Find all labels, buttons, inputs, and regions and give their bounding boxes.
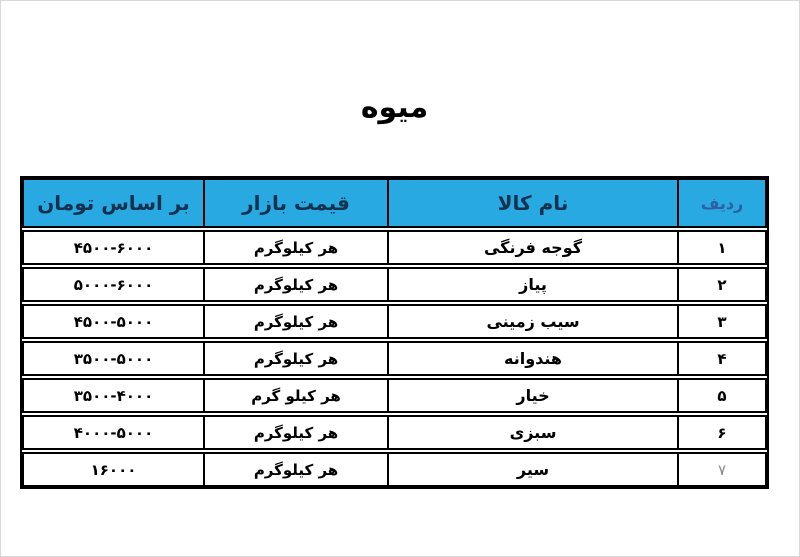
unit-cell: هر کیلوگرم: [205, 232, 389, 263]
header-market-price: قیمت بازار: [205, 180, 389, 226]
unit-cell: هر کیلوگرم: [205, 306, 389, 337]
product-name-cell: خیار: [389, 380, 679, 411]
unit-cell: هر کیلوگرم: [205, 454, 389, 485]
price-cell: ۱۶۰۰۰: [24, 454, 205, 485]
row-number-cell: ۵: [679, 380, 765, 411]
price-cell: ۳۵۰۰-۴۰۰۰: [24, 380, 205, 411]
table-row: ۷ سیر هر کیلوگرم ۱۶۰۰۰: [22, 452, 767, 487]
price-cell: ۵۰۰۰-۶۰۰۰: [24, 269, 205, 300]
price-cell: ۳۵۰۰-۵۰۰۰: [24, 343, 205, 374]
row-number-cell: ۶: [679, 417, 765, 448]
price-cell: ۴۵۰۰-۶۰۰۰: [24, 232, 205, 263]
product-name-cell: پیاز: [389, 269, 679, 300]
row-number-cell: ۲: [679, 269, 765, 300]
header-product-name: نام کالا: [389, 180, 679, 226]
product-name-cell: سیب زمینی: [389, 306, 679, 337]
document-page: میوه ردیف نام کالا قیمت بازار بر اساس تو…: [0, 0, 800, 557]
price-cell: ۴۰۰۰-۵۰۰۰: [24, 417, 205, 448]
unit-cell: هر کیلوگرم: [205, 417, 389, 448]
row-number-cell: ۷: [679, 454, 765, 485]
header-toman-basis: بر اساس تومان: [24, 180, 205, 226]
header-row-number: ردیف: [679, 180, 765, 226]
product-name-cell: گوجه فرنگی: [389, 232, 679, 263]
price-cell: ۴۵۰۰-۵۰۰۰: [24, 306, 205, 337]
table-row: ۶ سبزی هر کیلوگرم ۴۰۰۰-۵۰۰۰: [22, 415, 767, 450]
row-number-cell: ۱: [679, 232, 765, 263]
row-number-cell: ۴: [679, 343, 765, 374]
product-name-cell: سیر: [389, 454, 679, 485]
table-row: ۱ گوجه فرنگی هر کیلوگرم ۴۵۰۰-۶۰۰۰: [22, 230, 767, 265]
fruit-price-table: ردیف نام کالا قیمت بازار بر اساس تومان ۱…: [20, 176, 769, 489]
row-number-cell: ۳: [679, 306, 765, 337]
table-row: ۴ هندوانه هر کیلوگرم ۳۵۰۰-۵۰۰۰: [22, 341, 767, 376]
unit-cell: هر کیلوگرم: [205, 269, 389, 300]
unit-cell: هر کیلو گرم: [205, 380, 389, 411]
table-row: ۵ خیار هر کیلو گرم ۳۵۰۰-۴۰۰۰: [22, 378, 767, 413]
product-name-cell: سبزی: [389, 417, 679, 448]
page-title: میوه: [20, 90, 769, 125]
table-row: ۳ سیب زمینی هر کیلوگرم ۴۵۰۰-۵۰۰۰: [22, 304, 767, 339]
table-header-row: ردیف نام کالا قیمت بازار بر اساس تومان: [22, 178, 767, 228]
unit-cell: هر کیلوگرم: [205, 343, 389, 374]
product-name-cell: هندوانه: [389, 343, 679, 374]
table-row: ۲ پیاز هر کیلوگرم ۵۰۰۰-۶۰۰۰: [22, 267, 767, 302]
